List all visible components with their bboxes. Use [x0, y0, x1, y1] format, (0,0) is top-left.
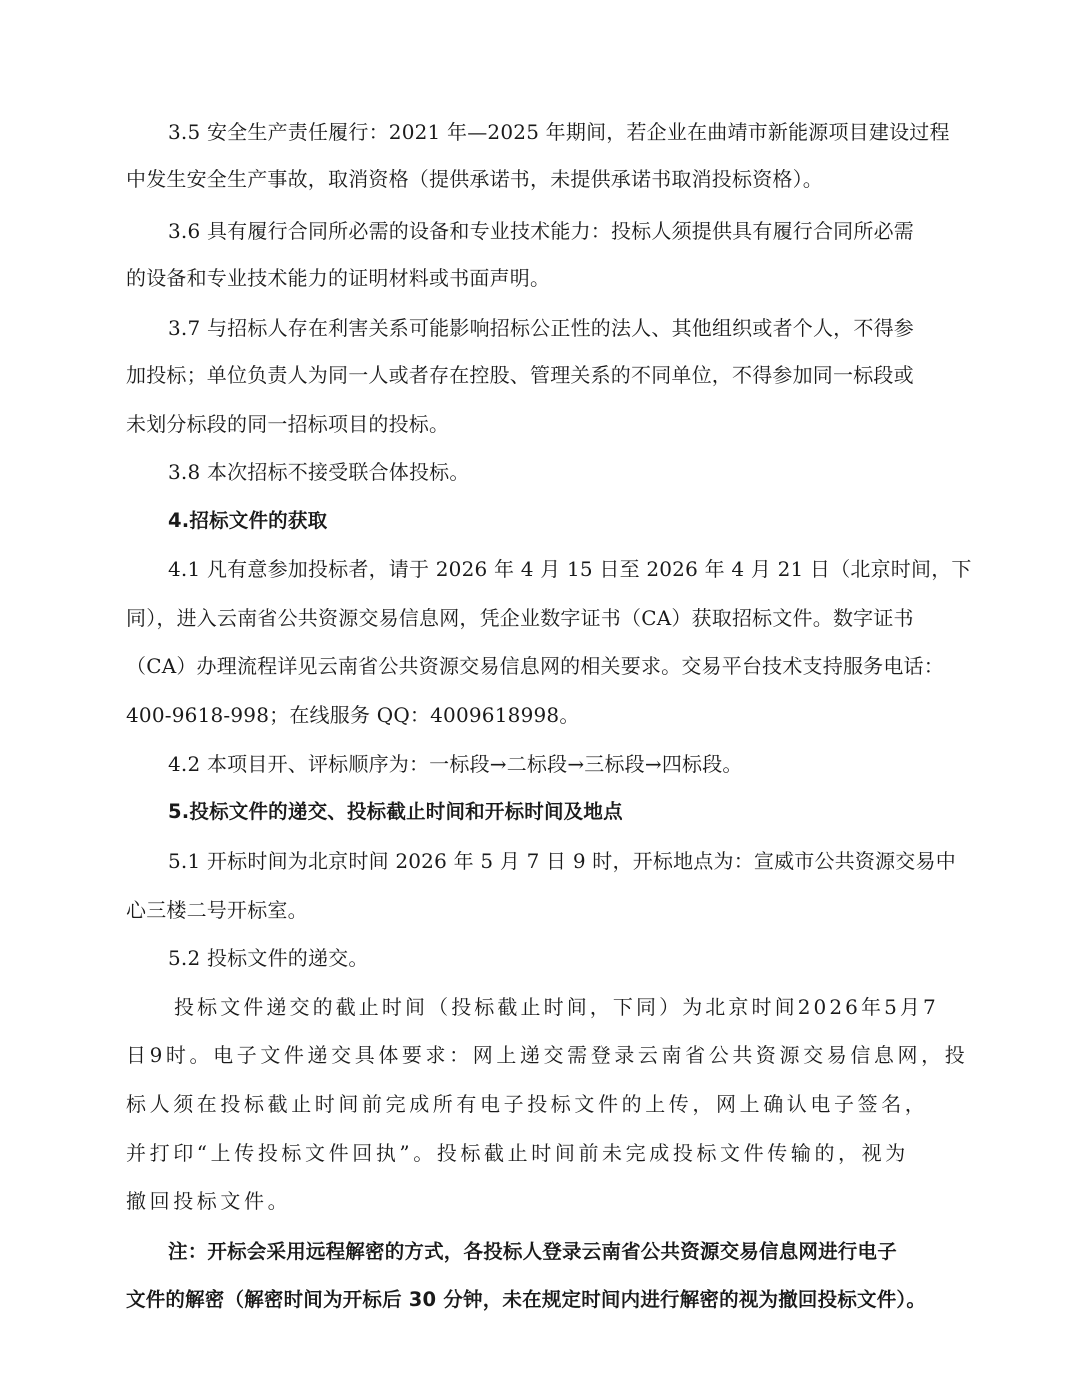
clause-3-7-line-1: 3.7 与招标人存在利害关系可能影响招标公正性的法人、其他组织或者个人，不得参 — [168, 314, 914, 342]
section-heading-4: 4.招标文件的获取 — [168, 507, 327, 535]
clause-3-5-line-1: 3.5 安全生产责任履行：2021 年—2025 年期间，若企业在曲靖市新能源项… — [168, 118, 950, 146]
clause-5-2-line-1: 5.2 投标文件的递交。 — [168, 944, 369, 972]
clause-4-1-line-4: 400-9618-998；在线服务 QQ：4009618998。 — [126, 701, 580, 729]
clause-5-1-line-2: 心三楼二号开标室。 — [126, 896, 308, 924]
section-heading-5: 5.投标文件的递交、投标截止时间和开标时间及地点 — [168, 798, 623, 826]
clause-3-8-line-1: 3.8 本次招标不接受联合体投标。 — [168, 458, 470, 486]
clause-5-2-body-line-1: 投标文件递交的截止时间（投标截止时间，下同）为北京时间2026年5月7 — [174, 993, 939, 1021]
note-line-1: 注：开标会采用远程解密的方式，各投标人登录云南省公共资源交易信息网进行电子 — [168, 1238, 897, 1266]
clause-4-1-line-3: （CA）办理流程详见云南省公共资源交易信息网的相关要求。交易平台技术支持服务电话… — [126, 652, 944, 680]
clause-5-2-body-line-4: 并打印“上传投标文件回执”。投标截止时间前未完成投标文件传输的，视为 — [126, 1139, 909, 1167]
clause-3-5-line-2: 中发生安全生产事故，取消资格（提供承诺书，未提供承诺书取消投标资格）。 — [126, 165, 823, 193]
clause-5-2-body-line-5: 撤回投标文件。 — [126, 1187, 291, 1215]
clause-4-1-line-1: 4.1 凡有意参加投标者，请于 2026 年 4 月 15 日至 2026 年 … — [168, 555, 972, 583]
clause-3-6-line-2: 的设备和专业技术能力的证明材料或书面声明。 — [126, 264, 550, 292]
clause-4-2-line-1: 4.2 本项目开、评标顺序为：一标段→二标段→三标段→四标段。 — [168, 750, 743, 778]
clause-5-2-body-line-3: 标人须在投标截止时间前完成所有电子投标文件的上传，网上确认电子签名， — [126, 1090, 928, 1118]
clause-3-7-line-3: 未划分标段的同一招标项目的投标。 — [126, 410, 449, 438]
clause-3-6-line-1: 3.6 具有履行合同所必需的设备和专业技术能力：投标人须提供具有履行合同所必需 — [168, 217, 914, 245]
clause-5-1-line-1: 5.1 开标时间为北京时间 2026 年 5 月 7 日 9 时，开标地点为：宣… — [168, 847, 956, 875]
clause-3-7-line-2: 加投标；单位负责人为同一人或者存在控股、管理关系的不同单位，不得参加同一标段或 — [126, 361, 914, 389]
note-line-2: 文件的解密（解密时间为开标后 30 分钟，未在规定时间内进行解密的视为撤回投标文… — [126, 1286, 926, 1314]
clause-5-2-body-line-2: 日9时。电子文件递交具体要求：网上递交需登录云南省公共资源交易信息网，投 — [126, 1041, 968, 1069]
clause-4-1-line-2: 同），进入云南省公共资源交易信息网，凭企业数字证书（CA）获取招标文件。数字证书 — [126, 604, 914, 632]
